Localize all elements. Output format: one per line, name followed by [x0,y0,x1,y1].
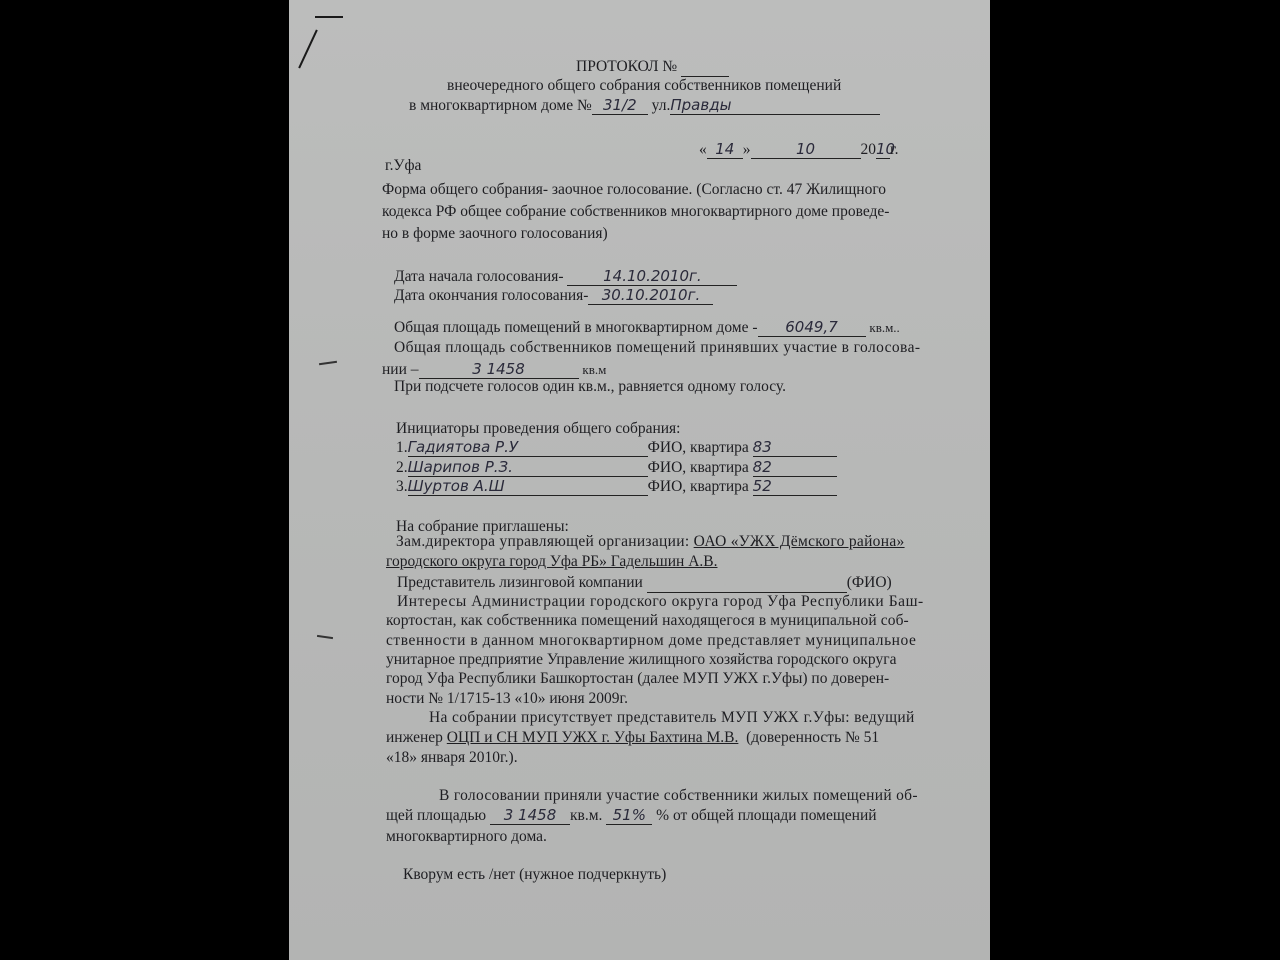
handwritten-dash-mark [315,16,343,18]
owners-area-unit: кв.м [582,362,606,377]
present-line-3: «18» января 2010г.). [386,749,518,767]
result-percent-value: 51% [606,806,652,825]
present-line-2: инженер ОЦП и СН МУП УЖХ г. Уфы Бахтина … [386,729,879,747]
admin-line: ственности в данном многоквартирном доме… [386,632,916,650]
deputy-org: ОАО «УЖХ Дёмского района» [694,533,905,550]
street-prefix: ул. [652,97,671,114]
document-page: ПРОТОКОЛ № внеочередного общего собрания… [289,0,990,960]
protocol-date: «14»102010г. [699,140,898,159]
initiator-row: 2.Шарипов Р.З.ФИО, квартира 82 [396,458,837,477]
present-line-1: На собрании присутствует представитель М… [429,709,915,727]
margin-tick-mark [317,635,333,639]
owners-area-label-2: нии – [382,361,419,378]
fio-label: ФИО, квартира [648,478,749,495]
date-year-prefix: 20 [861,141,877,158]
leasing-blank [647,574,847,593]
deputy-prefix: Зам.директора управляющей организации: [396,533,689,550]
present-prefix: инженер [386,729,443,746]
handwritten-slash-mark [298,30,318,69]
title-text: ПРОТОКОЛ № [576,58,677,75]
admin-line: ности № 1/1715-13 «10» июня 2009г. [386,690,628,708]
result-line-3: многоквартирного дома. [386,828,547,846]
initiator-apartment: 52 [753,477,837,496]
date-suffix: г. [890,141,898,158]
date-day: 14 [707,140,743,159]
street-name: Правды [670,96,880,115]
admin-line: Интересы Администрации городского округа… [397,593,924,611]
leasing-row: Представитель лизинговой компании (ФИО) [397,574,892,593]
protocol-subtitle: внеочередного общего собрания собственни… [447,77,841,95]
present-proxy: (доверенность № 51 [746,729,879,746]
owners-area-row-2: нии –3 1458 кв.м [382,360,606,379]
leasing-label: Представитель лизинговой компании [397,574,643,591]
city: г.Уфа [385,157,421,175]
initiator-apartment: 82 [753,458,837,477]
form-line-2: кодекса РФ общее собрание собственников … [382,203,889,221]
deputy-row: Зам.директора управляющей организации: О… [396,533,905,551]
admin-line: город Уфа Республики Башкортостан (далее… [386,670,889,688]
result-suffix: % от общей площади помещений [656,807,876,824]
result-area-value: 3 1458 [490,806,570,825]
total-area-label: Общая площадь помещений в многоквартирно… [394,319,758,336]
initiator-num: 3. [396,478,408,495]
initiator-name: Шуртов А.Ш [408,477,648,496]
house-line: в многоквартирном доме №31/2 ул.Правды [409,96,880,115]
form-line-1: Форма общего собрания- заочное голосован… [382,181,886,199]
total-area-unit: кв.м.. [869,320,899,335]
result-prefix: щей площадью [386,807,486,824]
start-date-value: 14.10.2010г. [567,267,737,286]
total-area-value: 6049,7 [758,318,866,337]
initiator-num: 2. [396,459,408,476]
protocol-title: ПРОТОКОЛ № [576,58,729,77]
house-number: 31/2 [592,96,648,115]
end-date-label: Дата окончания голосования- [394,287,588,304]
leasing-suffix: (ФИО) [847,574,892,591]
margin-tick-mark [319,361,337,365]
owners-area-value: 3 1458 [419,360,579,379]
form-line-3: но в форме заочного голосования) [382,225,608,243]
start-date-label: Дата начала голосования- [394,268,564,285]
initiator-name: Гадиятова Р.У [408,438,648,457]
start-date-row: Дата начала голосования- 14.10.2010г. [394,267,737,286]
end-date-row: Дата окончания голосования-30.10.2010г. [394,286,713,305]
date-month: 10 [751,140,861,159]
protocol-number-blank [681,58,729,77]
initiator-row: 1.Гадиятова Р.УФИО, квартира 83 [396,438,837,457]
fio-label: ФИО, квартира [648,459,749,476]
admin-line: кортостан, как собственника помещений на… [386,612,909,630]
result-line-1: В голосовании приняли участие собственни… [439,787,918,805]
result-area-unit: кв.м. [570,807,602,824]
initiator-row: 3.Шуртов А.ШФИО, квартира 52 [396,477,837,496]
initiators-heading: Инициаторы проведения общего собрания: [396,420,681,438]
house-prefix: в многоквартирном доме № [409,97,592,114]
admin-line: унитарное предприятие Управление жилищно… [386,651,896,669]
vote-note: При подсчете голосов один кв.м., равняет… [394,378,786,396]
result-line-2: щей площадью 3 1458кв.м. 51% % от общей … [386,806,877,825]
present-representative: ОЦП и СН МУП УЖХ г. Уфы Бахтина М.В. [447,729,739,746]
total-area-row: Общая площадь помещений в многоквартирно… [394,318,900,337]
initiator-num: 1. [396,439,408,456]
fio-label: ФИО, квартира [648,439,749,456]
initiator-apartment: 83 [753,438,837,457]
quorum-line: Кворум есть /нет (нужное подчеркнуть) [403,866,666,884]
initiator-name: Шарипов Р.З. [408,458,648,477]
owners-area-row: Общая площадь собственников помещений пр… [394,339,920,357]
date-year: 10 [876,140,890,159]
end-date-value: 30.10.2010г. [588,286,713,305]
deputy-org-line-2: городского округа город Уфа РБ» Гадельши… [386,553,717,571]
